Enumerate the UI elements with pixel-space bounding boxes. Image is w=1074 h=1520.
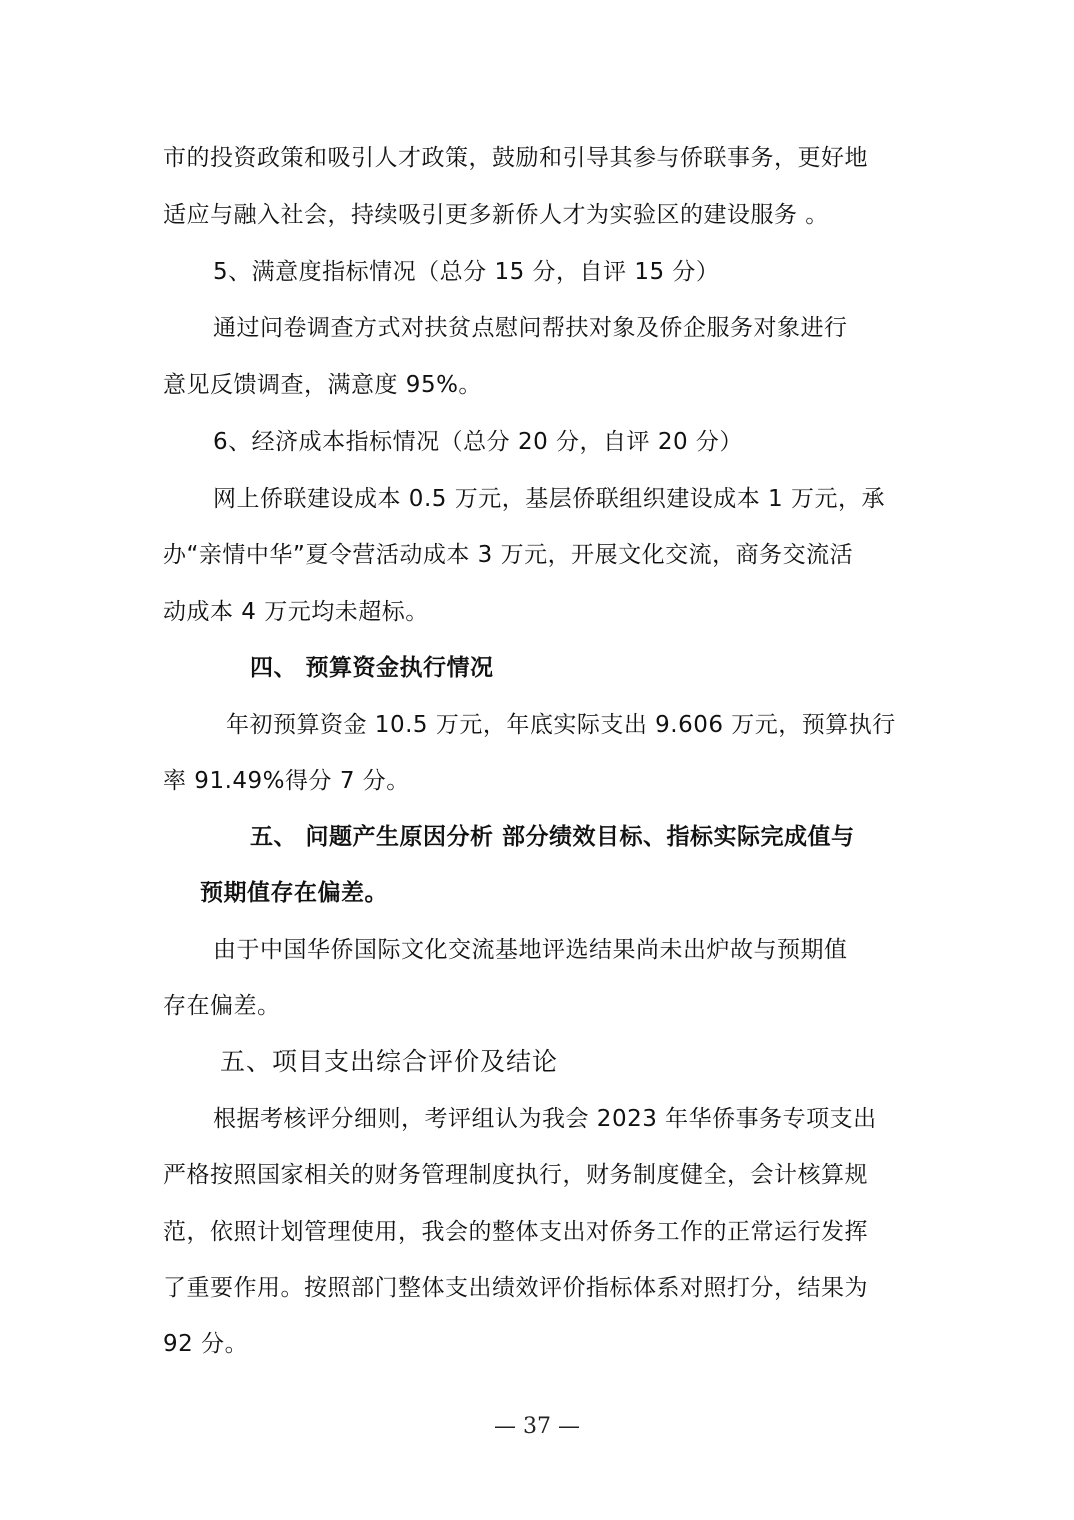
paragraph-line: 适应与融入社会，持续吸引更多新侨人才为实验区的建设服务 。 xyxy=(163,200,829,230)
paragraph-line: 网上侨联建设成本 0.5 万元，基层侨联组织建设成本 1 万元，承 xyxy=(213,484,885,514)
paragraph-line: 通过问卷调查方式对扶贫点慰问帮扶对象及侨企服务对象进行 xyxy=(213,313,848,343)
section-heading-problem-analysis-cont: 预期值存在偏差。 xyxy=(200,878,388,908)
paragraph-line: 意见反馈调查，满意度 95%。 xyxy=(163,370,482,400)
paragraph-line: 92 分。 xyxy=(163,1329,248,1359)
section-heading-problem-analysis: 五、 问题产生原因分析 部分绩效目标、指标实际完成值与 xyxy=(250,822,855,852)
paragraph-line: 办“亲情中华”夏令营活动成本 3 万元，开展文化交流，商务交流活 xyxy=(163,540,853,570)
paragraph-line: 存在偏差。 xyxy=(163,991,281,1021)
paragraph-line: 根据考核评分细则，考评组认为我会 2023 年华侨事务专项支出 xyxy=(213,1104,877,1134)
section-heading-satisfaction: 5、满意度指标情况（总分 15 分，自评 15 分） xyxy=(213,257,719,287)
paragraph-line: 严格按照国家相关的财务管理制度执行，财务制度健全，会计核算规 xyxy=(163,1160,868,1190)
paragraph-line: 了重要作用。按照部门整体支出绩效评价指标体系对照打分，结果为 xyxy=(163,1273,868,1303)
section-heading-budget-execution: 四、 预算资金执行情况 xyxy=(250,653,494,683)
page-number: — 37 — xyxy=(0,1414,1074,1439)
paragraph-line: 动成本 4 万元均未超标。 xyxy=(163,597,429,627)
paragraph-line: 年初预算资金 10.5 万元，年底实际支出 9.606 万元，预算执行 xyxy=(226,710,896,740)
paragraph-line: 市的投资政策和吸引人才政策，鼓励和引导其参与侨联事务，更好地 xyxy=(163,143,868,173)
section-heading-economic-cost: 6、经济成本指标情况（总分 20 分，自评 20 分） xyxy=(213,427,743,457)
section-heading-conclusion: 五、项目支出综合评价及结论 xyxy=(220,1047,558,1077)
paragraph-line: 由于中国华侨国际文化交流基地评选结果尚未出炉故与预期值 xyxy=(213,935,848,965)
paragraph-line: 率 91.49%得分 7 分。 xyxy=(163,766,410,796)
paragraph-line: 范，依照计划管理使用，我会的整体支出对侨务工作的正常运行发挥 xyxy=(163,1217,868,1247)
